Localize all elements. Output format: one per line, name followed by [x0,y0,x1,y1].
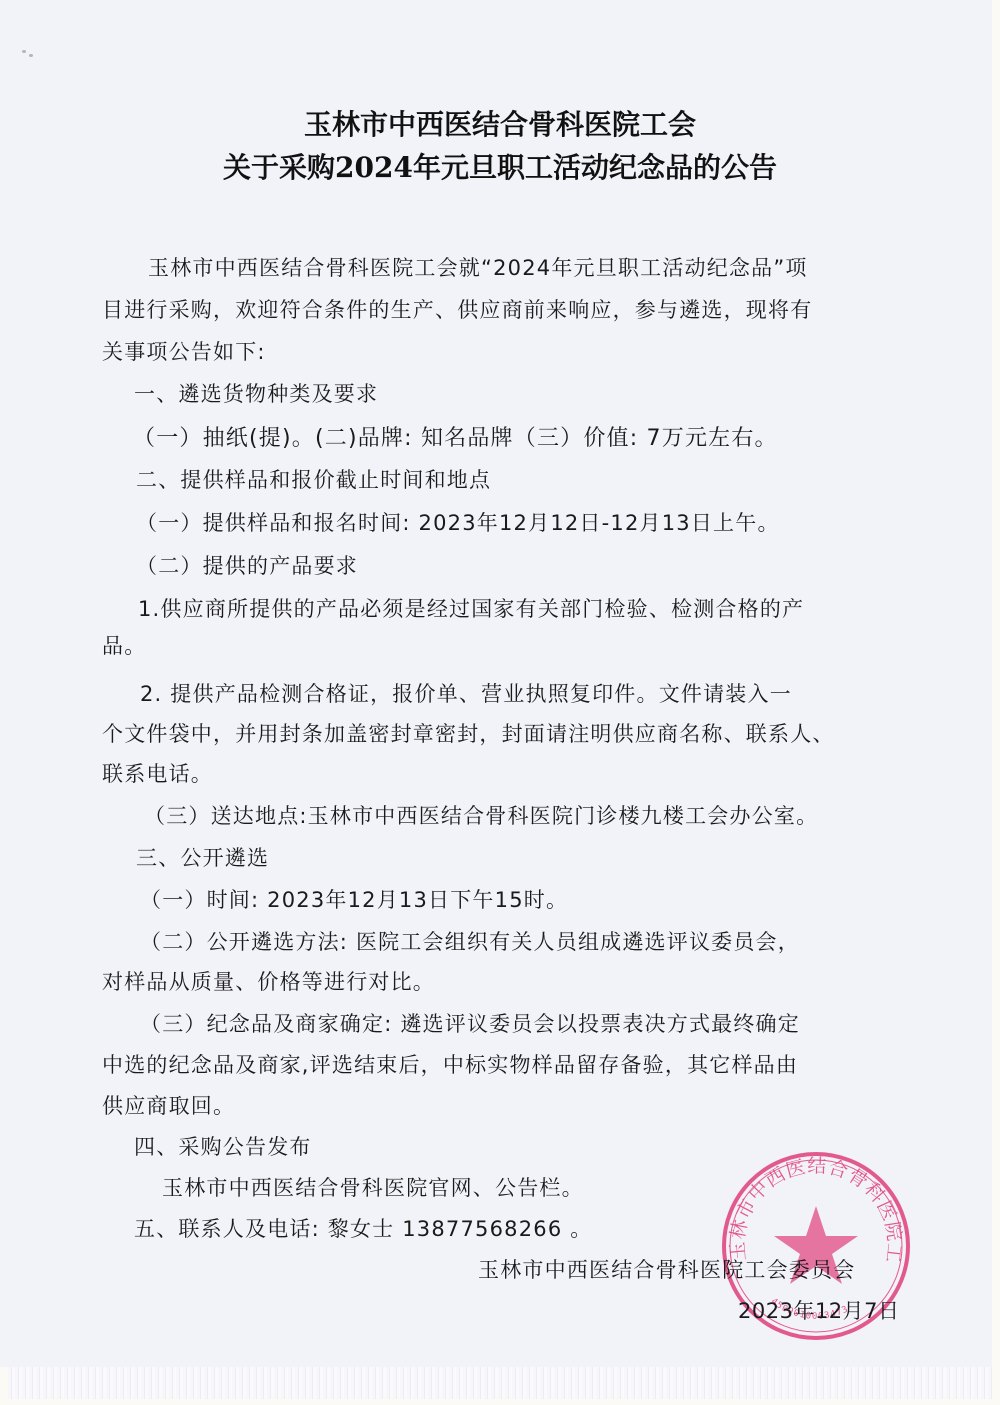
requirement-2: 2. 提供产品检测合格证，报价单、营业执照复印件。文件请装入一 [140,678,792,708]
section-2-item-2-heading: （二）提供的产品要求 [136,550,358,580]
section-1-heading: 一、遴选货物种类及要求 [134,378,378,408]
section-5-contact: 五、联系人及电话: 黎女士 13877568266 。 [134,1213,592,1243]
requirement-2-cont: 联系电话。 [102,758,213,788]
section-3-item-2: （二）公开遴选方法: 医院工会组织有关人员组成遴选评议委员会， [140,926,800,956]
section-2-heading: 二、提供样品和报价截止时间和地点 [136,464,491,494]
section-3-heading: 三、公开遴选 [136,842,269,872]
section-3-item-3-cont: 中选的纪念品及商家,评选结束后，中标实物样品留存备验，其它样品由 [102,1049,798,1079]
section-4-body: 玉林市中西医结合骨科医院官网、公告栏。 [162,1172,584,1202]
section-4-heading: 四、采购公告发布 [134,1131,312,1161]
section-1-item: （一）抽纸(提)。(二)品牌: 知名品牌（三）价值: 7万元左右。 [133,421,778,452]
requirement-1: 1.供应商所提供的产品必须是经过国家有关部门检验、检测合格的产 [138,593,804,623]
title-line-1: 玉林市中西医结合骨科医院工会 [0,103,1000,143]
signature-date: 2023年12月7日 [738,1295,900,1325]
scan-speck [22,50,26,53]
section-3-item-2-cont: 对样品从质量、价格等进行对比。 [102,966,435,996]
section-2-item-3: （三）送达地点:玉林市中西医结合骨科医院门诊楼九楼工会办公室。 [144,800,818,830]
scan-edge-strip [8,1367,992,1399]
intro-line: 玉林市中西医结合骨科医院工会就“2024年元旦职工活动纪念品”项 [148,252,808,282]
intro-line: 关事项公告如下: [102,336,266,366]
signature-org: 玉林市中西医结合骨科医院工会委员会 [478,1254,855,1284]
scan-speck [29,54,33,57]
title-line-2: 关于采购2024年元旦职工活动纪念品的公告 [0,146,1000,186]
section-3-item-3: （三）纪念品及商家确定: 遴选评议委员会以投票表决方式最终确定 [140,1008,800,1038]
requirement-2-cont: 个文件袋中，并用封条加盖密封章密封，封面请注明供应商名称、联系人、 [102,718,835,748]
intro-line: 目进行采购，欢迎符合条件的生产、供应商前来响应，参与遴选，现将有 [102,294,812,324]
section-3-item-1: （一）时间: 2023年12月13日下午15时。 [140,884,568,914]
section-3-item-3-cont: 供应商取回。 [102,1090,235,1120]
section-2-item-1: （一）提供样品和报名时间: 2023年12月12日-12月13日上午。 [136,507,780,537]
requirement-1-cont: 品。 [102,630,146,660]
